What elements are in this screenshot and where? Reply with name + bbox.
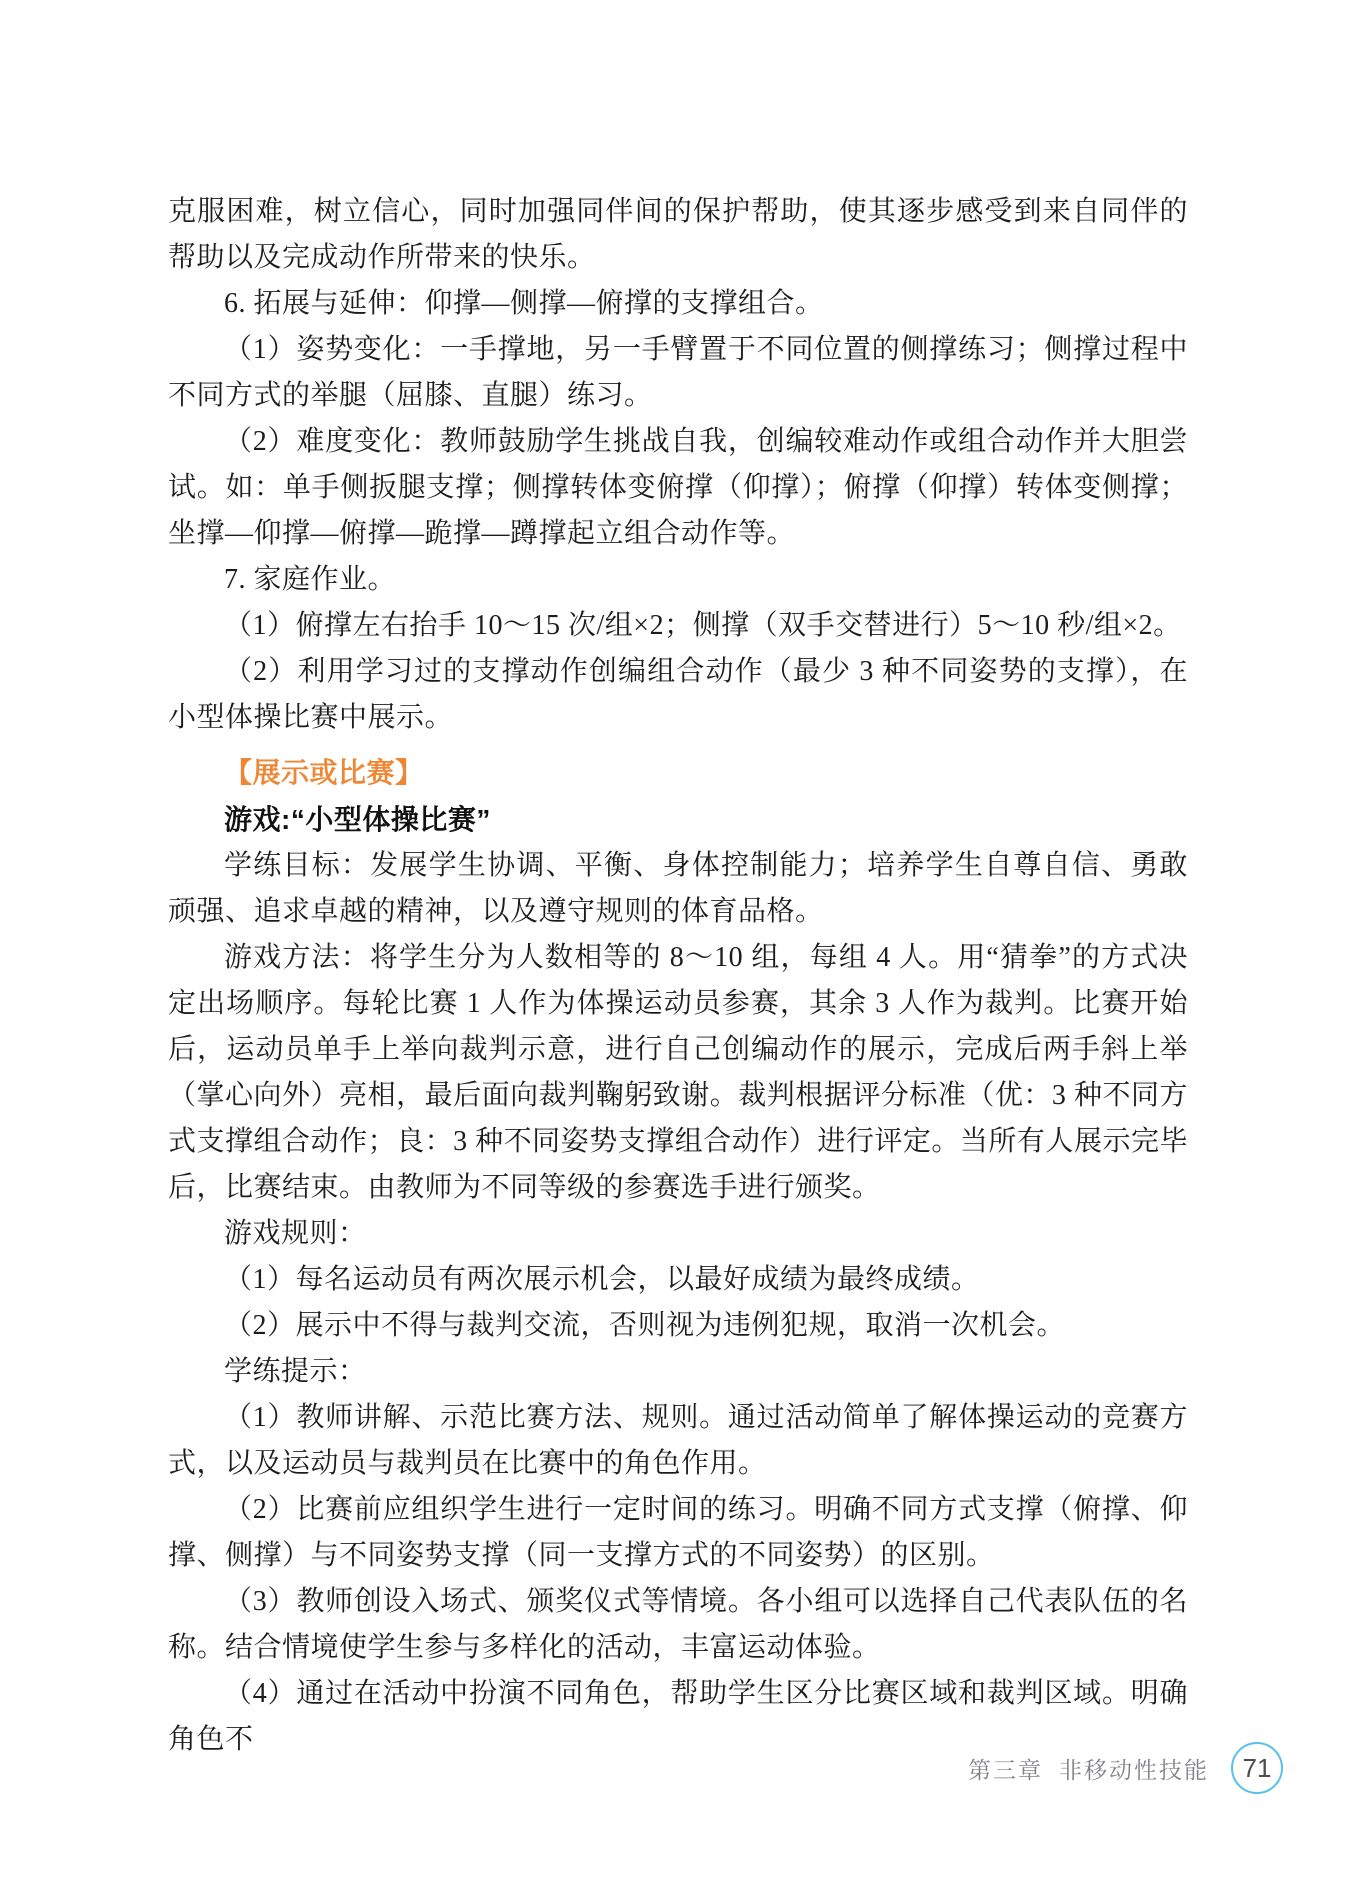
footer-section-label: 非移动性技能 <box>1059 1752 1209 1785</box>
paragraph: （1）姿势变化：一手撑地，另一手臂置于不同位置的侧撑练习；侧撑过程中不同方式的举… <box>168 327 1188 419</box>
paragraph: 学练目标：发展学生协调、平衡、身体控制能力；培养学生自尊自信、勇敢顽强、追求卓越… <box>168 843 1188 935</box>
page-content: 克服困难，树立信心，同时加强同伴间的保护帮助，使其逐步感受到来自同伴的帮助以及完… <box>168 189 1188 1763</box>
heading-bold: 游戏:“小型体操比赛” <box>168 797 1188 843</box>
paragraph: （3）教师创设入场式、颁奖仪式等情境。各小组可以选择自己代表队伍的名称。结合情境… <box>168 1579 1188 1671</box>
paragraph: （2）利用学习过的支撑动作创编组合动作（最少 3 种不同姿势的支撑），在小型体操… <box>168 649 1188 741</box>
paragraph: （2）难度变化：教师鼓励学生挑战自我，创编较难动作或组合动作并大胆尝试。如：单手… <box>168 419 1188 557</box>
paragraph: 游戏规则： <box>168 1211 1188 1257</box>
paragraph: （1）每名运动员有两次展示机会，以最好成绩为最终成绩。 <box>168 1257 1188 1303</box>
footer-chapter-label: 第三章 <box>968 1752 1043 1785</box>
page-number-badge: 71 <box>1231 1742 1283 1794</box>
page-footer: 第三章 非移动性技能 71 <box>968 1742 1283 1794</box>
paragraph: 6. 拓展与延伸：仰撑—侧撑—俯撑的支撑组合。 <box>168 281 1188 327</box>
paragraph: （2）比赛前应组织学生进行一定时间的练习。明确不同方式支撑（俯撑、仰撑、侧撑）与… <box>168 1487 1188 1579</box>
heading-orange: 【展示或比赛】 <box>168 750 1188 796</box>
paragraph: （1）俯撑左右抬手 10～15 次/组×2；侧撑（双手交替进行）5～10 秒/组… <box>168 603 1188 649</box>
page-number: 71 <box>1243 1755 1272 1781</box>
paragraph: 克服困难，树立信心，同时加强同伴间的保护帮助，使其逐步感受到来自同伴的帮助以及完… <box>168 189 1188 281</box>
paragraph: 游戏方法：将学生分为人数相等的 8～10 组，每组 4 人。用“猜拳”的方式决定… <box>168 935 1188 1211</box>
paragraph: 学练提示： <box>168 1349 1188 1395</box>
textbook-page: 克服困难，树立信心，同时加强同伴间的保护帮助，使其逐步感受到来自同伴的帮助以及完… <box>0 0 1359 1891</box>
paragraph: （1）教师讲解、示范比赛方法、规则。通过活动简单了解体操运动的竞赛方式，以及运动… <box>168 1395 1188 1487</box>
paragraph: 7. 家庭作业。 <box>168 557 1188 603</box>
paragraph: （2）展示中不得与裁判交流，否则视为违例犯规，取消一次机会。 <box>168 1303 1188 1349</box>
